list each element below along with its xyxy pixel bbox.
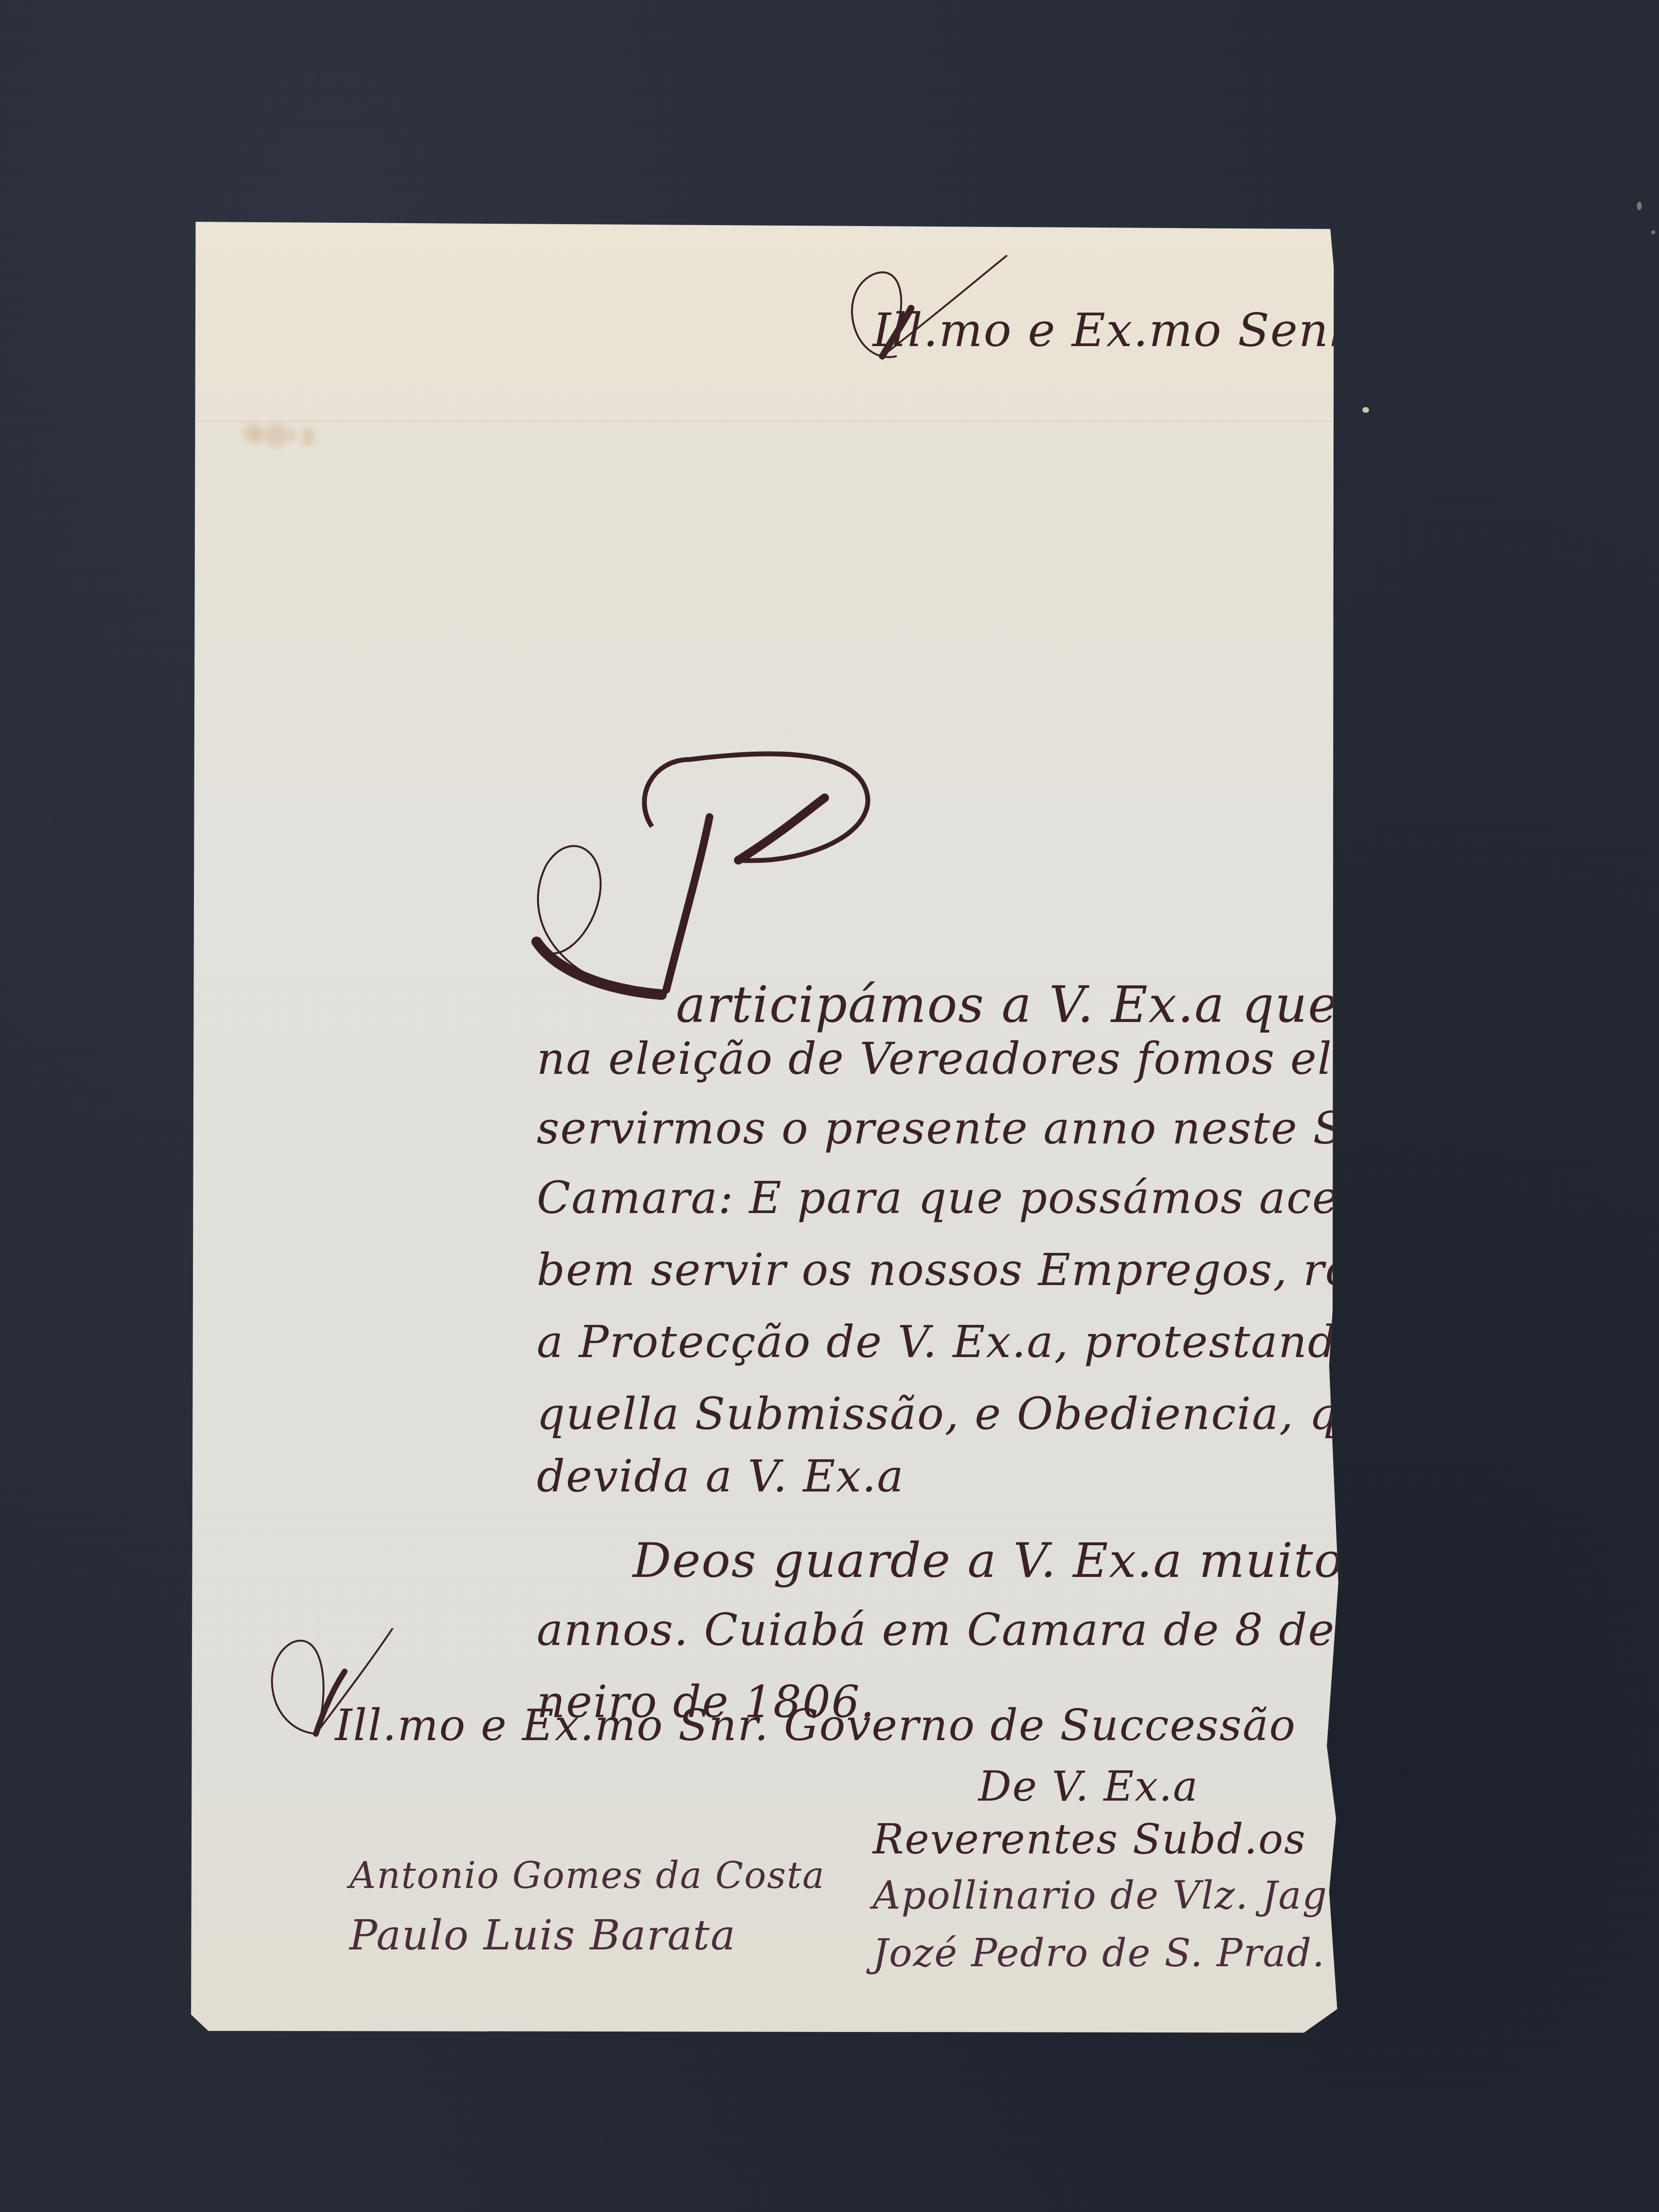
signature-left-2: Paulo Luis Barata [349, 1911, 736, 1960]
signature-left-1: Antonio Gomes da Costa [349, 1854, 825, 1897]
closing-line-2: annos. Cuiabá em Camara de 8 de Ja- [537, 1604, 1412, 1656]
foxing-stain [287, 428, 296, 442]
body-line-1: articipámos a V. Ex.a que [676, 975, 1338, 1034]
body-line-5: bem servir os nossos Empregos, rogámos [537, 1244, 1503, 1296]
manuscript-page: Ill.mo e Ex.mo Senhor articipámos a V. E… [191, 222, 1338, 2036]
foxing-stain [265, 423, 287, 447]
valediction-line-2: Reverentes Subd.os [873, 1815, 1306, 1863]
signature-right-2: Jozé Pedro de S. Prad. [873, 1931, 1325, 1975]
backing-speck [1362, 407, 1369, 413]
body-line-8: devida a V. Ex.a [537, 1451, 904, 1502]
signature-right-1: Apollinario de Vlz. Jag. [873, 1873, 1341, 1918]
backing-speck [1651, 230, 1655, 234]
body-line-2: na eleição de Vereadores fomos eleitos p… [537, 1033, 1565, 1084]
body-line-4: Camara: E para que possámos acertar, e [537, 1172, 1482, 1224]
fold-crease [191, 421, 1338, 422]
foxing-stain [301, 427, 315, 446]
backing-speck [1637, 202, 1642, 210]
valediction-line-1: De V. Ex.a [978, 1763, 1199, 1811]
closing-line-1: Deos guarde a V. Ex.a muitos [633, 1532, 1370, 1588]
foxing-stain [253, 426, 265, 443]
addressee-line: Ill.mo e Ex.mo Snr. Governo de Successão [335, 1700, 1296, 1751]
body-line-6: a Protecção de V. Ex.a, protestando nós … [537, 1316, 1518, 1368]
body-line-3: servirmos o presente anno neste Senado d… [537, 1103, 1556, 1154]
salutation: Ill.mo e Ex.mo Senhor [873, 303, 1412, 357]
initial-p-svg [508, 740, 988, 1009]
body-line-7: quella Submissão, e Obediencia, que hé [537, 1388, 1467, 1440]
